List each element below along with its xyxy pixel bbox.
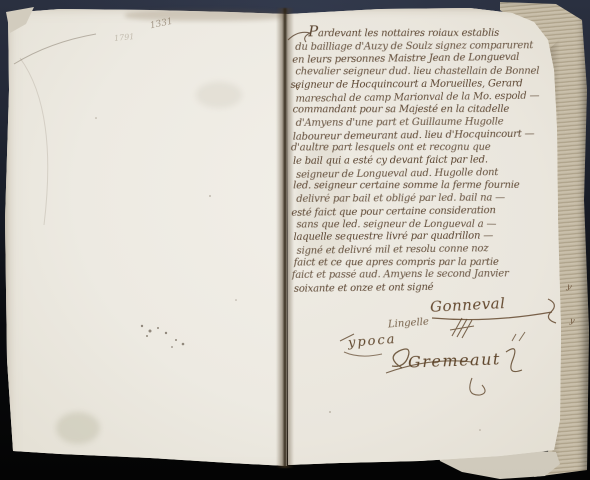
manuscript-line: Pardevant les nottaires roiaux establis <box>308 25 556 41</box>
manuscript-line: d'aultre part lesquels ont et recognu qu… <box>291 142 557 155</box>
manuscript-lines: Pardevant les nottaires roiaux establisd… <box>292 24 558 298</box>
manuscript-line: chevalier seigneur dud. lieu chastellain… <box>295 66 556 79</box>
top-edge-smudge <box>125 10 285 21</box>
manuscript-line: led. seigneur certaine somme la ferme fo… <box>293 180 557 193</box>
manuscript-line: faict et ce que apres compris par la par… <box>294 256 558 269</box>
manuscript-line: sans que led. seigneur de Longueval a — <box>296 218 557 231</box>
paper-stain <box>196 82 242 108</box>
manuscript-scan: 1331 1791 Pardevant les nottaires roiaux… <box>0 0 590 480</box>
signature-gremeaut: Gremeaut <box>408 349 501 371</box>
manuscript-line: soixante et onze et ont signé <box>294 280 558 296</box>
book-gutter <box>276 8 294 468</box>
greenish-stain <box>56 412 100 444</box>
fore-edge-ink-mark: y <box>569 316 575 326</box>
manuscript-line: commandant pour sa Majesté en la citadel… <box>293 104 557 117</box>
